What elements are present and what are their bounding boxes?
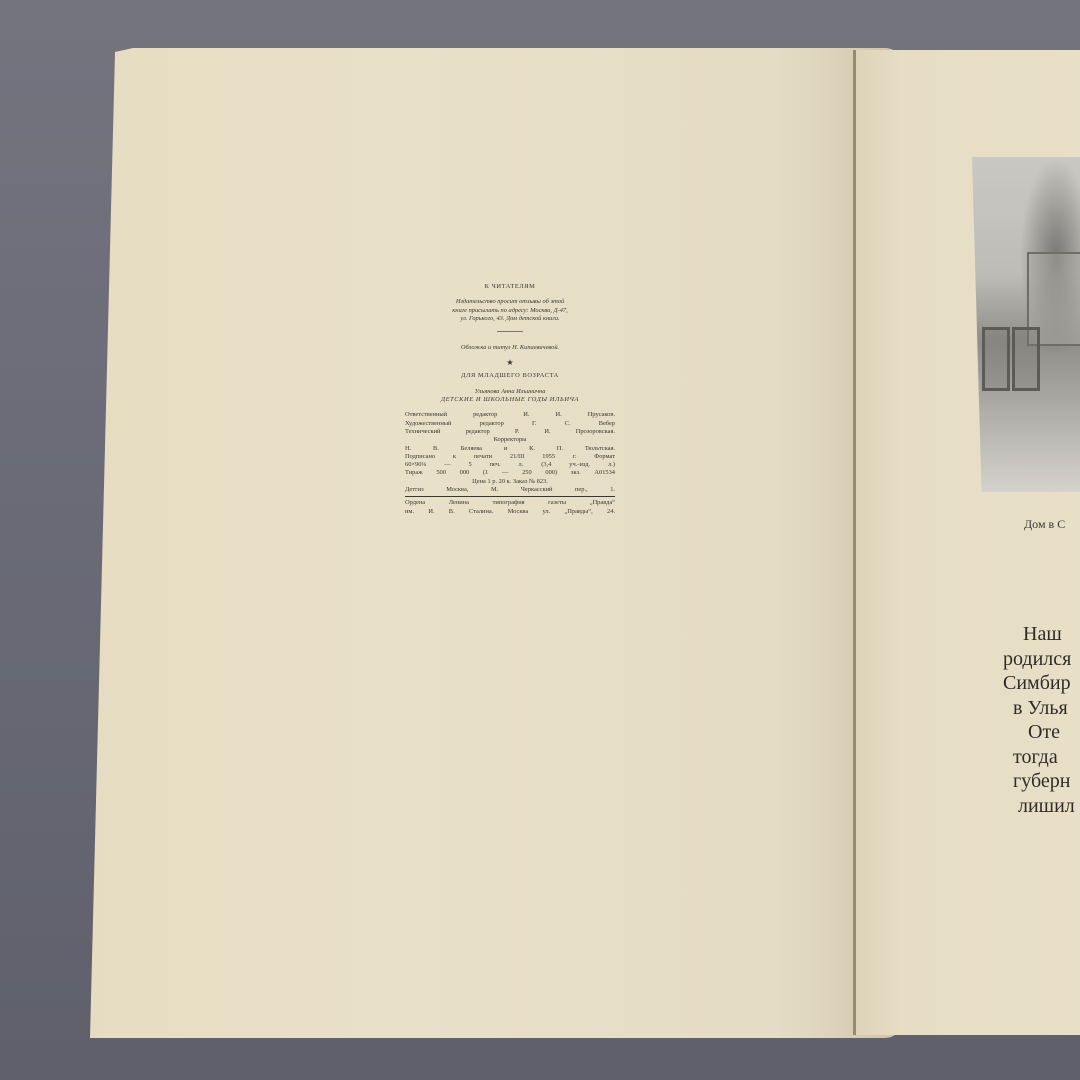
text-line: Симбир — [1003, 671, 1075, 696]
text-line: тогда — [1003, 745, 1075, 770]
print-info-line: 60×90⅛ — 5 печ. л. (3,4 уч.-изд. л.) — [405, 461, 615, 469]
gate-shape — [982, 327, 1010, 391]
right-page-text: НашродилсяСимбир в Улья Оте тогда губерн… — [1003, 622, 1075, 818]
divider — [497, 331, 523, 332]
text-line: губерн — [1003, 769, 1075, 794]
to-readers-line: ул. Горького, 43. Дом детской книги. — [405, 315, 615, 323]
star-icon: ★ — [405, 358, 615, 368]
illustration-caption: Дом в С — [1024, 517, 1065, 532]
age-group: ДЛЯ МЛАДШЕГО ВОЗРАСТА — [405, 372, 615, 380]
correctors-label: Корректоры — [405, 436, 615, 444]
cover-credit: Обложка и титул Н. Кипаевичевой. — [405, 344, 615, 352]
house-illustration — [972, 157, 1080, 492]
printer-line: Ордена Ленина типография газеты „Правда“ — [405, 499, 615, 507]
credit-line: Художественный редактор Г. С. Вебер — [405, 420, 615, 428]
credit-line: Технический редактор Р. И. Прозоровская. — [405, 428, 615, 436]
gate-shape — [1012, 327, 1040, 391]
credit-line: Ответственный редактор И. И. Прусаков. — [405, 411, 615, 419]
text-line: родился — [1003, 647, 1075, 672]
author: Ульянова Анна Ильинична — [405, 388, 615, 396]
print-info-line: Подписано к печати 21/III 1955 г. Формат — [405, 453, 615, 461]
to-readers-line: Издательство просит отзывы об этой — [405, 298, 615, 306]
to-readers-heading: К ЧИТАТЕЛЯМ — [405, 283, 615, 291]
publisher: Детгиз Москва, М. Черкасский пер., 1. — [405, 486, 615, 494]
rule — [405, 496, 615, 497]
book-spine — [853, 50, 856, 1035]
to-readers-line: книге присылать по адресу: Москва, Д-47, — [405, 307, 615, 315]
text-line: в Улья — [1003, 696, 1075, 721]
text-line: Оте — [1003, 720, 1075, 745]
book-title: ДЕТСКИЕ И ШКОЛЬНЫЕ ГОДЫ ИЛЬИЧА — [405, 396, 615, 404]
correctors: Н. В. Беляева и К. П. Тюльтская. — [405, 445, 615, 453]
price: Цена 1 р. 20 к. Заказ № 823. — [405, 478, 615, 486]
left-page-shadow — [55, 48, 903, 1038]
print-info-line: Тираж 500 000 (1 — 250 000) экз. А01534 — [405, 469, 615, 477]
text-line: лишил — [1003, 794, 1075, 819]
text-line: Наш — [1003, 622, 1075, 647]
imprint-block: К ЧИТАТЕЛЯМ Издательство просит отзывы о… — [405, 283, 615, 516]
printer-line: им. И. В. Сталина. Москва ул. „Правды“, … — [405, 508, 615, 516]
